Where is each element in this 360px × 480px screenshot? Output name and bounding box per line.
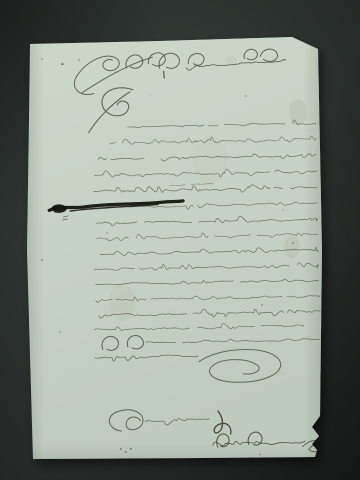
- foxing-speck: [78, 59, 80, 61]
- foxing-speck: [106, 232, 108, 234]
- caret-mark: [164, 71, 165, 78]
- foxing-stain: [289, 99, 307, 125]
- foxing-stain: [192, 136, 228, 184]
- foxing-speck: [245, 95, 247, 97]
- foxing-stain: [284, 236, 300, 258]
- foxing-speck: [195, 140, 197, 142]
- foxing-speck: [282, 209, 283, 210]
- foxing-speck: [41, 259, 43, 261]
- foxing-stain: [109, 283, 135, 321]
- paper-sheet: [27, 37, 322, 459]
- foxing-speck: [149, 94, 150, 95]
- manuscript-photo: [0, 0, 360, 480]
- foxing-stain: [225, 56, 237, 64]
- foxing-speck: [41, 58, 43, 60]
- foxing-speck: [292, 242, 294, 244]
- foxing-speck: [261, 304, 263, 306]
- foxing-speck: [129, 417, 131, 419]
- foxing-speck: [59, 331, 61, 333]
- paper-outline: [27, 37, 322, 459]
